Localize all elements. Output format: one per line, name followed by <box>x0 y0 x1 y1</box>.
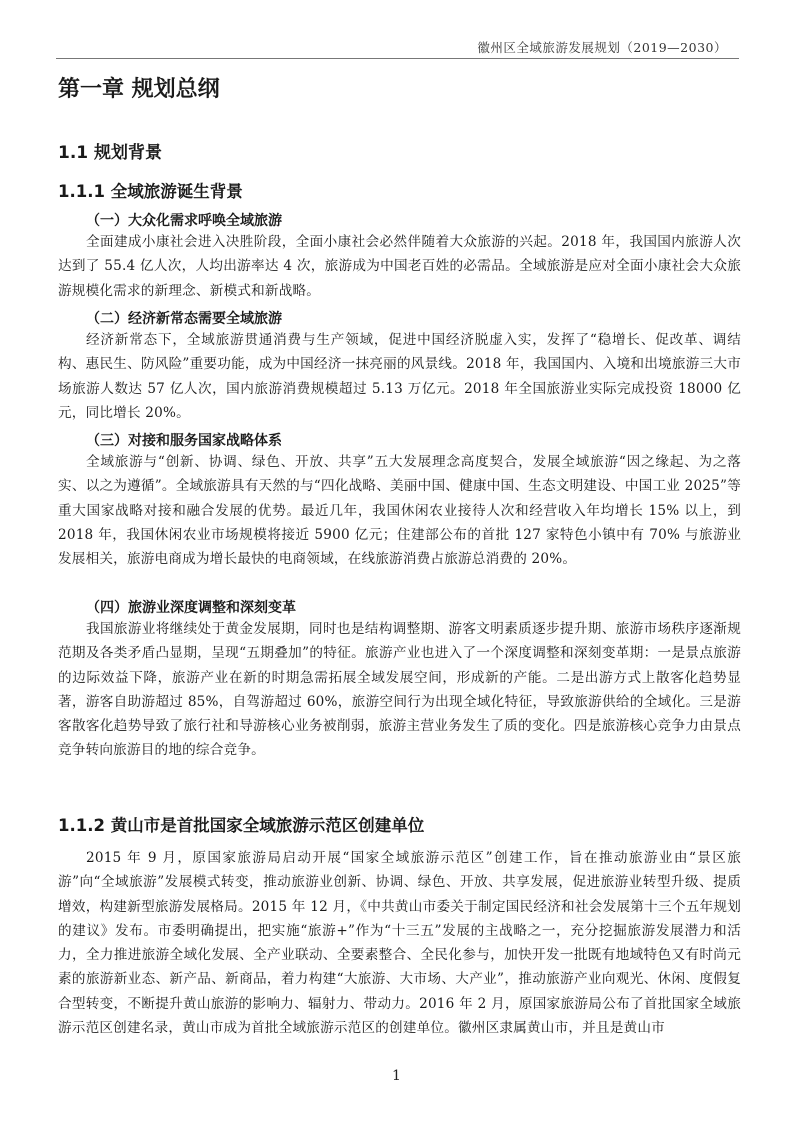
subsection-heading-4: （四）旅游业深度调整和深刻变革 <box>86 597 296 617</box>
paragraph-mass-tourism: 全面建成小康社会进入决胜阶段，全面小康社会必然伴随着大众旅游的兴起。2018 年… <box>58 230 741 303</box>
document-title: 徽州区全域旅游发展规划（2019—2030） <box>477 38 727 56</box>
paragraph-national-strategy: 全域旅游与“创新、协调、绿色、开放、共享”五大发展理念高度契合，发展全域旅游“因… <box>58 450 741 571</box>
paragraph-industry-transformation: 我国旅游业将继续处于黄金发展期，同时也是结构调整期、游客文明素质逐步提升期、旅游… <box>58 617 741 763</box>
section-heading-1-1-2: 1.1.2 黄山市是首批国家全域旅游示范区创建单位 <box>58 812 424 836</box>
paragraph-huangshan-demo-zone: 2015 年 9 月，原国家旅游局启动开展“国家全域旅游示范区”创建工作，旨在推… <box>58 846 741 1040</box>
paragraph-economic-new-normal: 经济新常态下，全域旅游贯通消费与生产领域，促进中国经济脱虚入实，发挥了“稳增长、… <box>58 328 741 425</box>
page-number: 1 <box>0 1068 793 1084</box>
subsection-heading-2: （二）经济新常态需要全域旅游 <box>86 308 282 328</box>
page-content: 第一章 规划总纲 1.1 规划背景 1.1.1 全域旅游诞生背景 （一）大众化需… <box>58 70 741 110</box>
subsection-heading-1: （一）大众化需求呼唤全域旅游 <box>86 210 282 230</box>
section-heading-1-1: 1.1 规划背景 <box>58 138 162 163</box>
subsection-heading-3: （三）对接和服务国家战略体系 <box>86 430 282 450</box>
page-header: 徽州区全域旅游发展规划（2019—2030） <box>56 36 739 59</box>
section-heading-1-1-1: 1.1.1 全域旅游诞生背景 <box>58 178 243 202</box>
chapter-title: 第一章 规划总纲 <box>58 70 741 110</box>
